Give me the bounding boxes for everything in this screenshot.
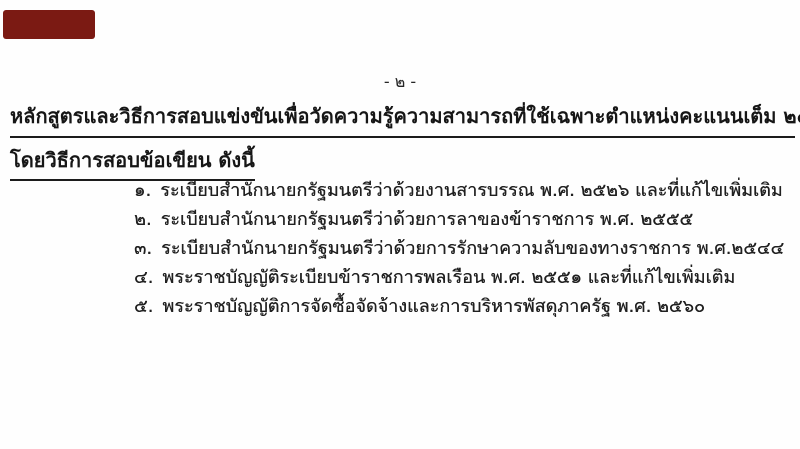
heading-line-1: หลักสูตรและวิธีการสอบแข่งขันเพื่อวัดความ… <box>10 100 795 138</box>
page-number: - ๒ - <box>0 70 800 95</box>
list-item-number: ๕. <box>134 296 153 317</box>
list-item: ๕.พระราชบัญญัติการจัดซื้อจัดจ้างและการบร… <box>134 292 790 321</box>
list-item: ๑.ระเบียบสำนักนายกรัฐมนตรีว่าด้วยงานสารบ… <box>134 176 790 205</box>
document-page: - ๒ - หลักสูตรและวิธีการสอบแข่งขันเพื่อว… <box>0 0 800 449</box>
list-item-number: ๔. <box>134 267 153 288</box>
list-item-text: พระราชบัญญัติการจัดซื้อจัดจ้างและการบริห… <box>162 296 705 317</box>
list-item-number: ๒. <box>134 209 152 230</box>
list-item-text: ระเบียบสำนักนายกรัฐมนตรีว่าด้วยการลาของข… <box>161 209 693 230</box>
list-item-text: พระราชบัญญัติระเบียบข้าราชการพลเรือน พ.ศ… <box>162 267 735 288</box>
list-item-text: ระเบียบสำนักนายกรัฐมนตรีว่าด้วยงานสารบรร… <box>160 180 782 201</box>
redaction-stamp <box>3 10 95 39</box>
list-item-text: ระเบียบสำนักนายกรัฐมนตรีว่าด้วยการรักษาค… <box>161 238 784 259</box>
list-item-number: ๓. <box>134 238 152 259</box>
heading-line-1-left: หลักสูตรและวิธีการสอบแข่งขันเพื่อวัดความ… <box>10 100 679 132</box>
heading-line-1-right: คะแนนเต็ม ๒๐๐ คะแนน <box>679 100 800 132</box>
list-item-number: ๑. <box>134 180 151 201</box>
list-item: ๓.ระเบียบสำนักนายกรัฐมนตรีว่าด้วยการรักษ… <box>134 234 790 263</box>
exam-subject-list: ๑.ระเบียบสำนักนายกรัฐมนตรีว่าด้วยงานสารบ… <box>134 176 790 321</box>
list-item: ๒.ระเบียบสำนักนายกรัฐมนตรีว่าด้วยการลาขอ… <box>134 205 790 234</box>
list-item: ๔.พระราชบัญญัติระเบียบข้าราชการพลเรือน พ… <box>134 263 790 292</box>
section-heading: หลักสูตรและวิธีการสอบแข่งขันเพื่อวัดความ… <box>10 100 795 181</box>
